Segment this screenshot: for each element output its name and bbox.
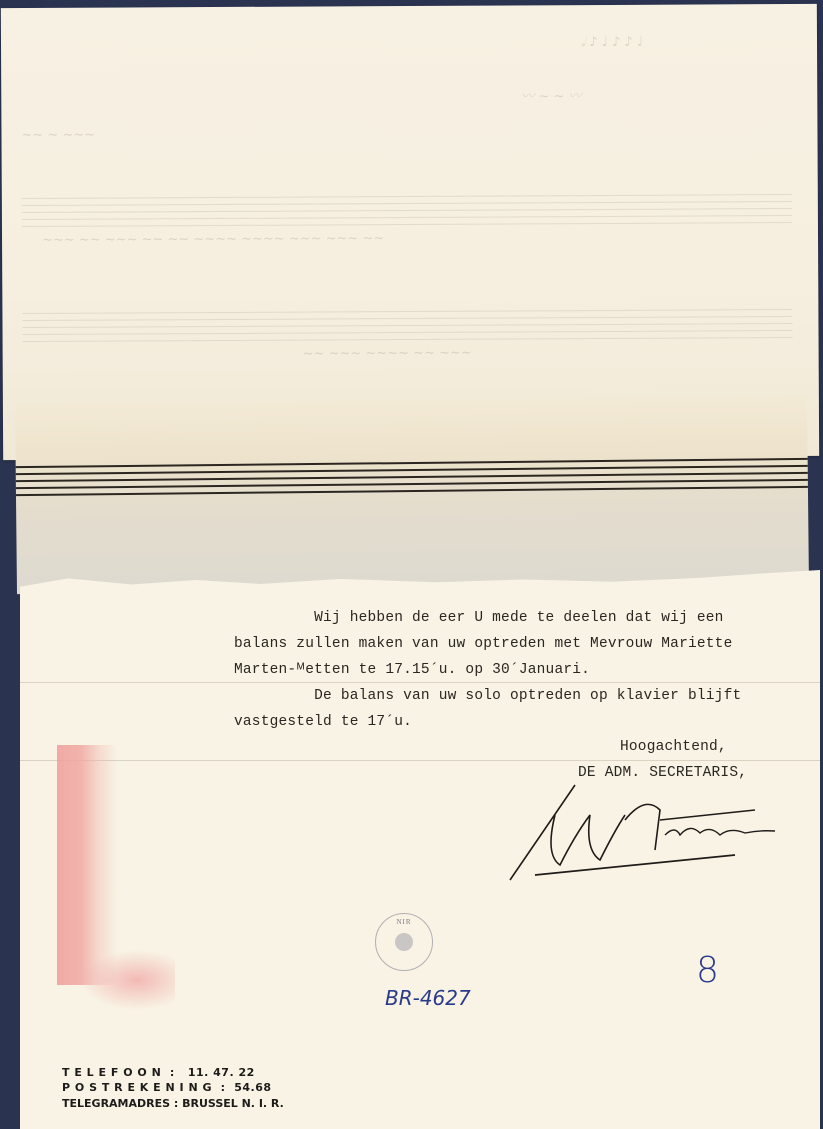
fold-line <box>20 760 820 761</box>
typed-letter: Wij hebben de eer U mede te deelen dat w… <box>20 570 820 1129</box>
letter-body-line-2: balans zullen maken van uw optreden met … <box>234 636 732 652</box>
music-staff-strip <box>15 396 809 594</box>
round-archive-stamp: NIR <box>375 913 433 971</box>
back-page-music-manuscript: 𝅗𝅥 ♪ ♩ ♪ ♪ ♩ 〰 ~ ~ 〰 ~~ ~ ~~~ ~~~ ~~ ~~~… <box>1 4 819 460</box>
fold-line <box>20 682 820 683</box>
letter-body-line-1: Wij hebben de eer U mede te deelen dat w… <box>234 610 724 626</box>
footer-postrekening: P O S T R E K E N I N G : 54.68 <box>62 1081 272 1094</box>
ghost-handwriting: ~~ ~ ~~~ <box>21 128 95 143</box>
stamp-text: NIR <box>376 918 432 926</box>
ghost-handwriting: 𝅗𝅥 ♪ ♩ ♪ ♪ ♩ <box>581 35 643 50</box>
ghost-lyrics: ~~ ~~~ ~~~~ ~~ ~~~ <box>303 346 472 362</box>
footer-telegramadres: TELEGRAMADRES : BRUSSEL N. I. R. <box>62 1097 284 1110</box>
footer-telefoon: T E L E F O O N : 11. 47. 22 <box>62 1066 255 1079</box>
signature <box>505 775 795 885</box>
letter-body-line-3: Marten-ᴹetten te 17.15´u. op 30´Januari. <box>234 662 590 678</box>
ghost-lyrics: ~~~ ~~ ~~~ ~~ ~~ ~~~~ ~~~~ ~~~ ~~~ ~~ <box>42 231 384 248</box>
stamp-emblem <box>395 933 413 951</box>
handwritten-number: 8 <box>696 950 719 991</box>
pink-ink-mark-tail <box>80 950 175 1010</box>
pink-ink-mark <box>57 745 117 985</box>
ghost-handwriting: 〰 ~ ~ 〰 <box>521 85 581 104</box>
letter-body-line-5: vastgesteld te 17´u. <box>234 714 412 730</box>
closing-salutation: Hoogachtend, <box>620 739 727 755</box>
letter-body-line-4: De balans van uw solo optreden op klavie… <box>234 688 741 704</box>
handwritten-reference: BR-4627 <box>385 986 471 1010</box>
